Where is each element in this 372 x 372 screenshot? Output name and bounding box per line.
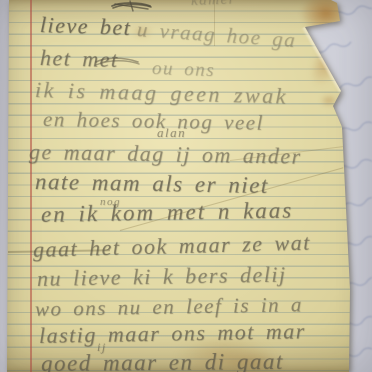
letter-page: kamer lieve bet u vraag hoe ga het met o… xyxy=(0,0,372,372)
handwriting-line: wo ons nu en leef is in a xyxy=(35,292,303,322)
letter-page-wrap: kamer lieve bet u vraag hoe ga het met o… xyxy=(0,0,372,372)
letter-photo: kamer lieve bet u vraag hoe ga het met o… xyxy=(0,0,372,372)
handwriting-line: het met xyxy=(40,45,119,73)
handwriting-line: en hoes ook nog veel xyxy=(43,107,264,136)
handwriting-line: lastig maar ons mot mar xyxy=(39,318,306,349)
handwriting-line: en ik kom met n kaas xyxy=(41,198,294,228)
handwriting-line: lieve bet xyxy=(40,12,132,41)
handwriting-line: nate mam als er niet xyxy=(35,169,269,199)
handwriting-insert: alan xyxy=(157,125,186,141)
handwriting-line: goed maar en di gaat xyxy=(41,349,284,372)
handwriting-faint-word: kamer xyxy=(191,0,237,10)
handwriting-line: nu lieve ki k bers delij xyxy=(37,262,287,292)
handwriting-line: ge maar dag ij om ander xyxy=(29,139,302,170)
handwriting-line: ou ons xyxy=(152,58,216,82)
